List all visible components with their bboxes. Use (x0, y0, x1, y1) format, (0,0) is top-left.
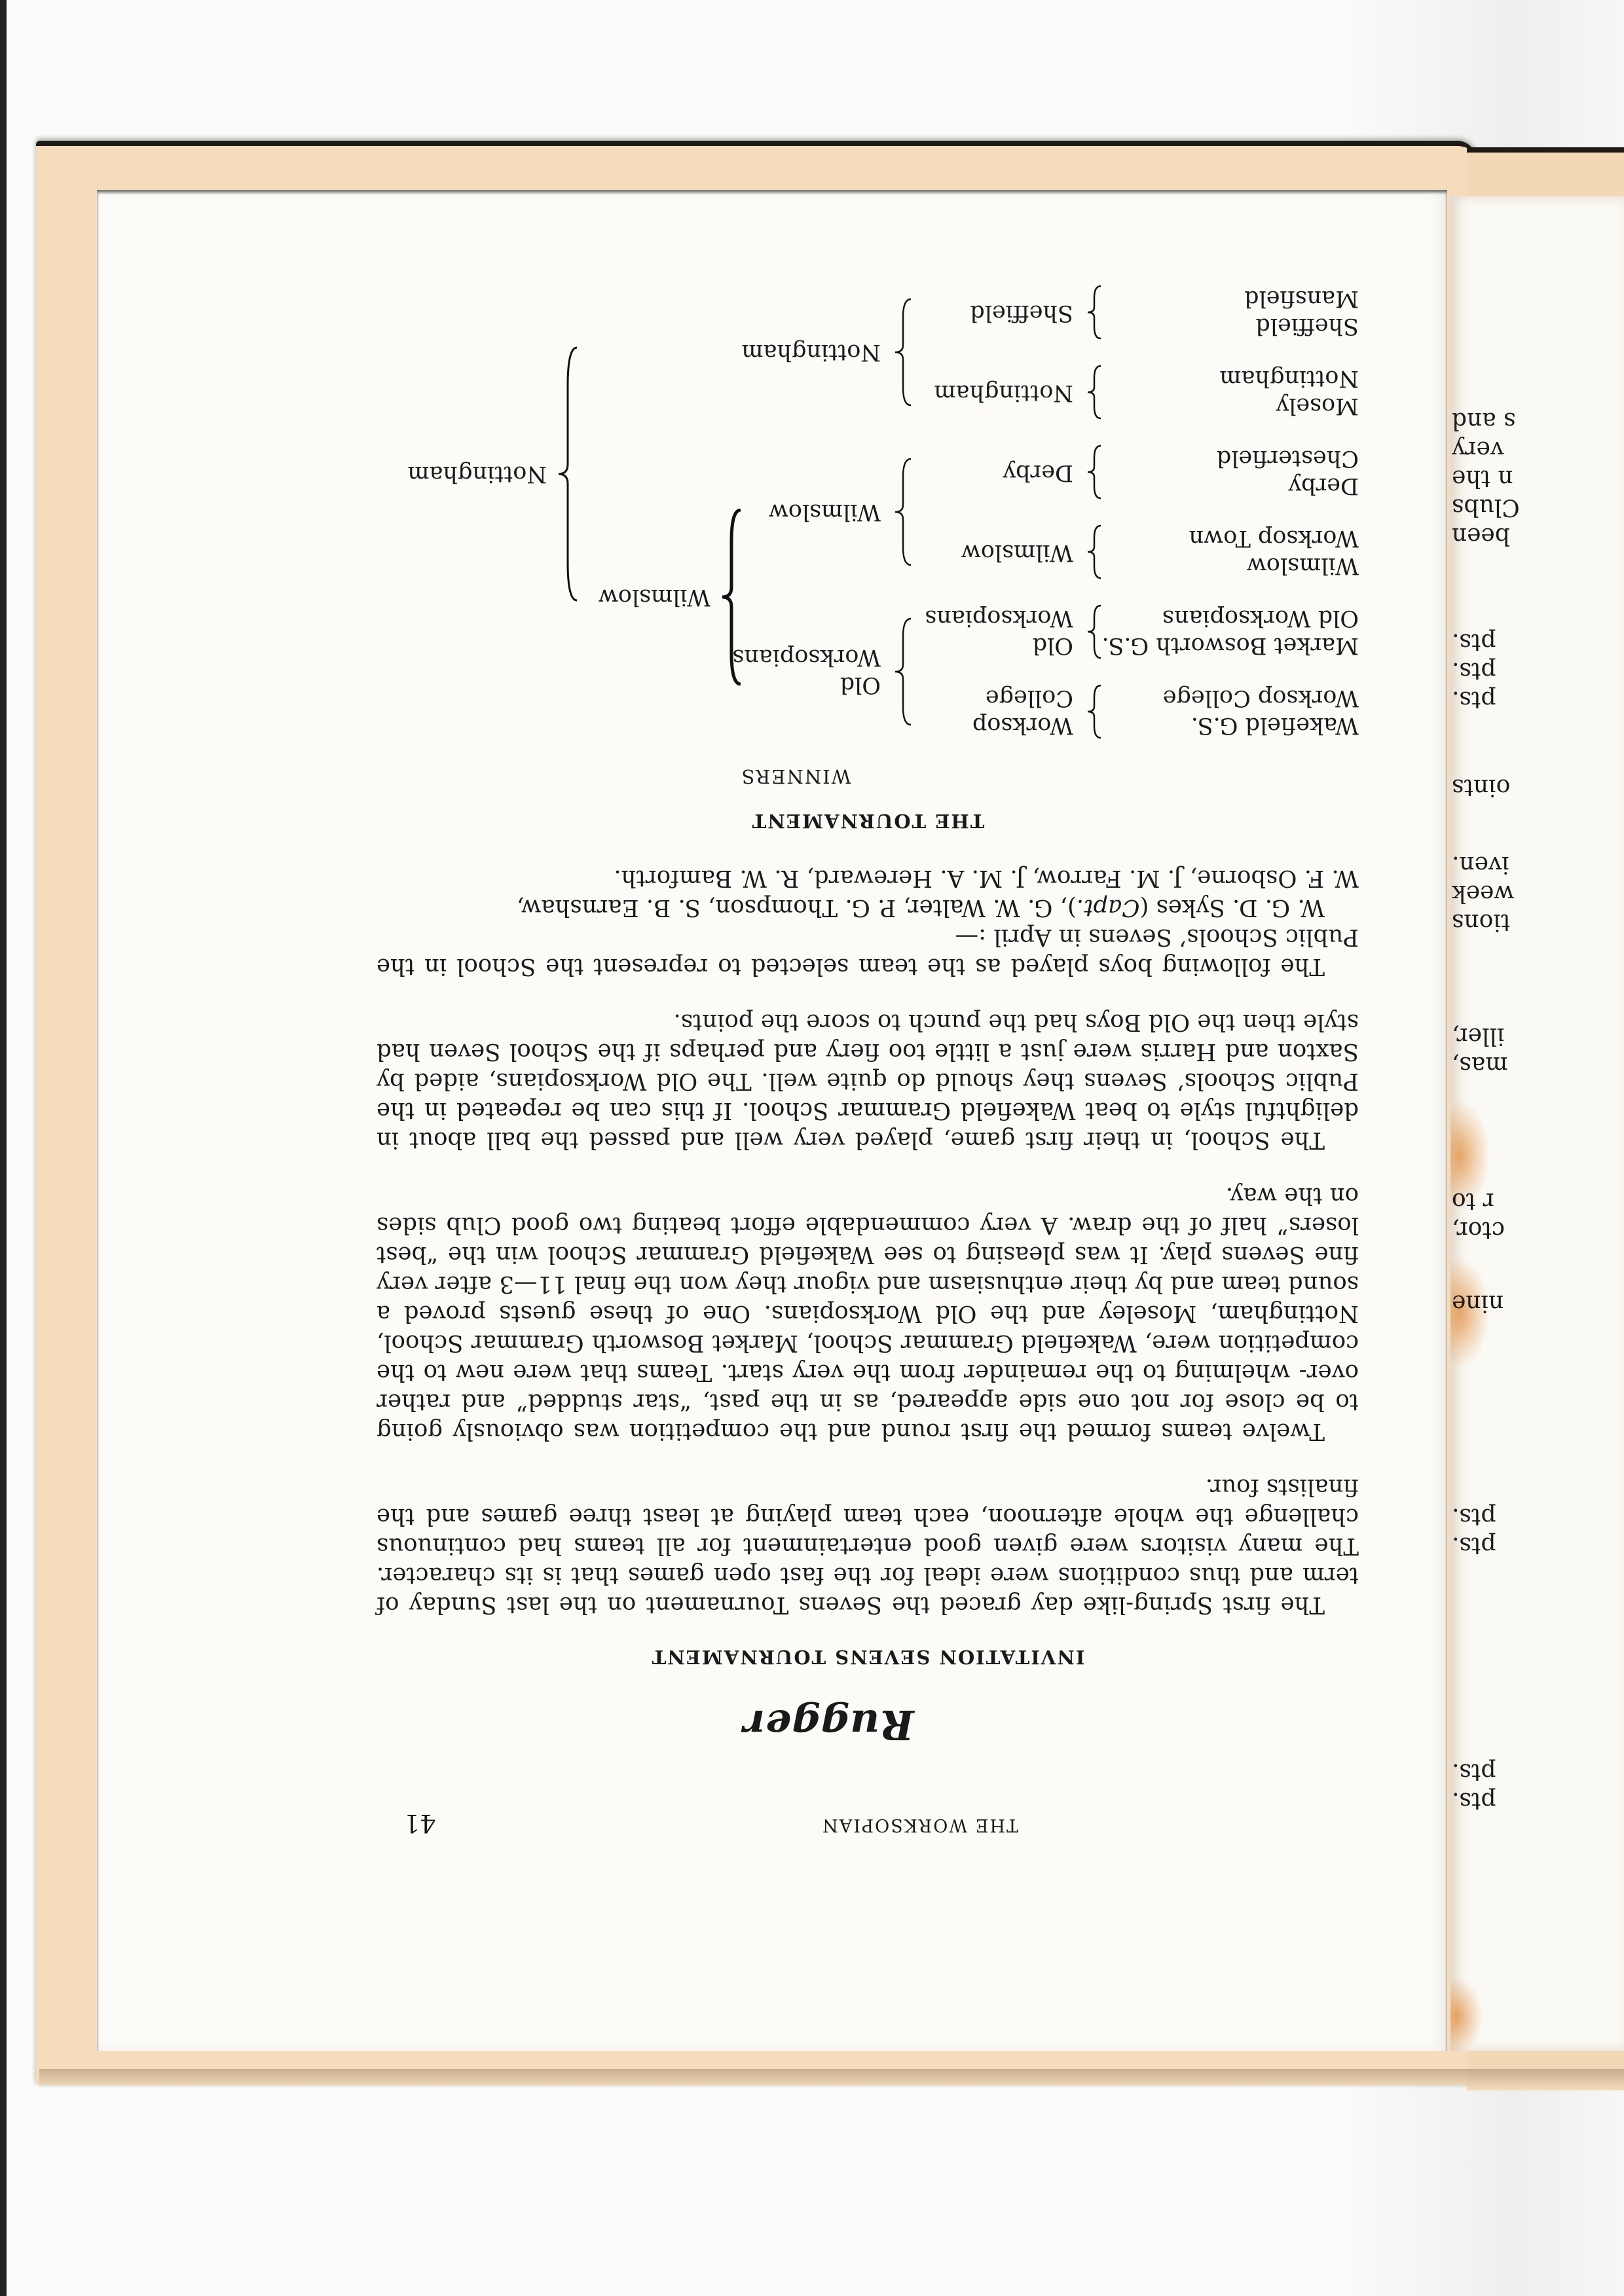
bracket-team: Wilmslow (1247, 552, 1359, 579)
bracket-winner: Sheffield (970, 299, 1073, 327)
facing-fragment: n the (1452, 465, 1513, 492)
bracket-brace-final (553, 346, 580, 602)
team-list-line: W. G. D. Sykes (Capt.), G. W. Walter, P.… (377, 893, 1325, 922)
bracket-team: Market Bosworth G.S. (1102, 632, 1359, 659)
facing-fragment: r to (1452, 1188, 1494, 1214)
bracket-final-winner: Nottingham (407, 460, 547, 488)
scanner-edge (0, 0, 7, 2296)
text-line: then the Old Boys had the punch to score… (674, 1009, 1296, 1036)
bracket-team: Old Worksopians (1162, 604, 1359, 632)
team-list-line: W. F. Osborne, J. M. Farrow, J. M. A. He… (377, 864, 1359, 893)
captain-abbrev: Capt. (1077, 894, 1140, 921)
bracket-semi-winner: Wilmslow (599, 583, 710, 611)
bracket-brace (1084, 604, 1103, 659)
bracket-brace (1084, 445, 1103, 500)
bracket-brace (1084, 524, 1103, 579)
facing-fragment: Clubs (1452, 494, 1520, 520)
bracket-winner: Wilmslow (961, 539, 1073, 566)
bracket-team: Wakefield G.S. (1191, 712, 1359, 739)
facing-fragment: mas, (1452, 1051, 1508, 1078)
winners-heading: WINNERS (377, 765, 1359, 788)
text-line: The following boys played as the team se… (377, 953, 1325, 980)
bracket-team: Worksop College (1163, 684, 1359, 712)
text-line: delightful style to beat Wakefield Gramm… (377, 1097, 1359, 1124)
bracket-brace (1084, 285, 1103, 340)
facing-fragment: nine (1452, 1290, 1504, 1317)
facing-fragment: been (1452, 522, 1510, 549)
facing-fragment: pts. (1452, 657, 1496, 684)
facing-fragment: pts. (1452, 1758, 1496, 1785)
paragraph: Twelve teams formed the first round and … (377, 1181, 1359, 1446)
document-page: THE WORKSOPIAN 41 Rugger INVITATION SEVE… (97, 190, 1447, 2051)
bracket-winner: College (986, 684, 1073, 712)
page-number: 41 (404, 1809, 435, 1838)
bracket-team: Nottingham (1219, 365, 1359, 392)
bracket-brace-semi (717, 509, 743, 685)
facing-fragment: iven. (1452, 851, 1509, 878)
section-heading: Rugger (377, 1701, 1359, 1749)
facing-page: s and very n the Clubs been pts. pts. pt… (1450, 196, 1624, 2051)
bracket-winner: Worksopians (732, 644, 881, 671)
facing-fragment: pts. (1452, 629, 1496, 655)
bracket-team: Derby (1288, 472, 1359, 500)
text-line: Public Schools’ Sevens in April :— (955, 924, 1359, 951)
bracket-winner: Nottingham (934, 379, 1073, 407)
facing-fragment: ctor, (1452, 1216, 1505, 1243)
upside-down-content: THE WORKSOPIAN 41 Rugger INVITATION SEVE… (97, 190, 1447, 2051)
bracket-team: Mosely (1276, 392, 1359, 420)
facing-fragment: pts. (1452, 1503, 1496, 1530)
bracket-winner: Old (840, 671, 881, 699)
text-line: whelming to the remainder from the very … (377, 1359, 1290, 1386)
bracket-team: Chesterfield (1217, 445, 1359, 472)
facing-fragment: iller, (1452, 1023, 1505, 1049)
bracket-brace (891, 298, 913, 407)
paragraph: The first Spring-like day graced the Sev… (377, 1472, 1359, 1620)
cover-shadow (39, 2069, 1624, 2088)
bracket-winner: Wilmslow (769, 498, 881, 526)
tournament-bracket: Wakefield G.S. Worksop College Market Bo… (377, 255, 1359, 739)
facing-fragment: s and (1452, 407, 1516, 434)
facing-fragment: pts. (1452, 1532, 1496, 1559)
bracket-winner: Worksop (972, 712, 1073, 739)
facing-fragment: week (1452, 880, 1514, 907)
text-fragment: ), G. W. Walter, P. G. Thompson, S. B. E… (517, 894, 1077, 921)
bracket-team: Worksop Town (1189, 524, 1359, 552)
team-list: W. G. D. Sykes (Capt.), G. W. Walter, P.… (377, 864, 1359, 922)
text-fragment: W. G. D. Sykes ( (1139, 894, 1325, 921)
bracket-winner: Worksopians (925, 604, 1073, 632)
facing-fragment: oints (1452, 774, 1510, 801)
bracket-brace (891, 617, 913, 726)
bracket-winner: Nottingham (741, 338, 881, 366)
article-title: INVITATION SEVENS TOURNAMENT (377, 1646, 1359, 1668)
text-line: The first Spring-like day graced the Sev… (377, 1592, 1325, 1618)
tournament-heading: THE TOURNAMENT (377, 810, 1359, 832)
bracket-team: Mansfield (1244, 285, 1359, 312)
running-head: THE WORKSOPIAN 41 (377, 1796, 1359, 1835)
text-line: competition were, Wakefield Grammar Scho… (377, 1330, 1359, 1357)
bracket-winner: Derby (1003, 459, 1073, 486)
paragraph: The following boys played as the team se… (377, 922, 1359, 981)
facing-fragment: very (1452, 436, 1504, 463)
bracket-brace (1084, 684, 1103, 739)
text-line: half of the draw. A very commendable eff… (377, 1182, 1359, 1239)
facing-fragment: pts. (1452, 1787, 1496, 1814)
foxing-stain (1450, 1977, 1483, 2051)
facing-fragment: tions (1452, 909, 1510, 936)
bracket-brace (891, 458, 913, 566)
bracket-brace (1084, 365, 1103, 420)
text-line: the whole afternoon, each team playing a… (377, 1474, 1359, 1530)
paragraph: The School, in their first game, played … (377, 1008, 1359, 1155)
text-line: Public Schools’ Sevens they should do qu… (377, 1068, 1359, 1095)
text-line: term and thus conditions were ideal for … (377, 1562, 1359, 1589)
text-line: The School, in their first game, played … (377, 1127, 1325, 1154)
bracket-team: Sheffield (1255, 312, 1359, 340)
publication-title: THE WORKSOPIAN (821, 1815, 1018, 1835)
bracket-winner: Old (1033, 632, 1073, 659)
facing-fragment: pts. (1452, 686, 1496, 713)
